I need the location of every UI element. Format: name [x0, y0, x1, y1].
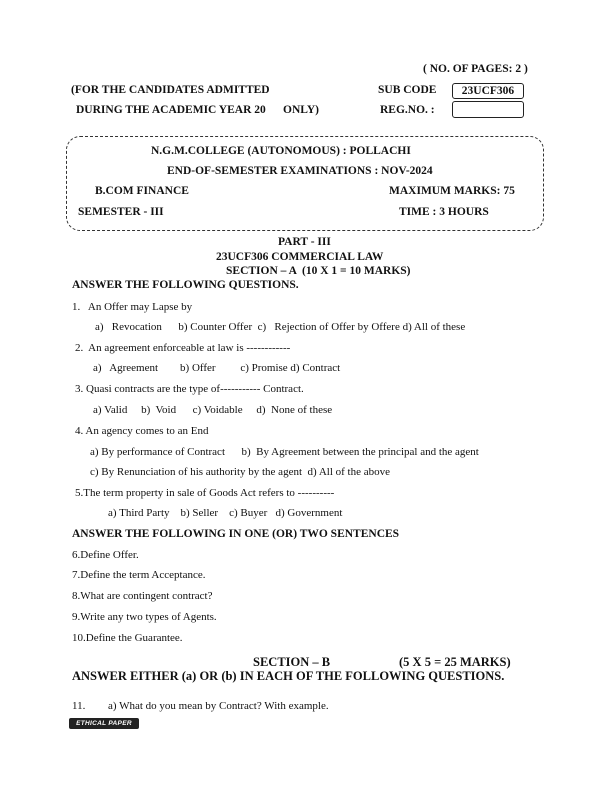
- short-answer-instruction: ANSWER THE FOLLOWING IN ONE (OR) TWO SEN…: [72, 528, 399, 540]
- question-9: 9.Write any two types of Agents.: [72, 611, 217, 623]
- question-11a: a) What do you mean by Contract? With ex…: [108, 700, 329, 712]
- section-b-marks: (5 X 5 = 25 MARKS): [399, 655, 511, 670]
- question-1: 1. An Offer may Lapse by: [72, 301, 192, 313]
- question-3: 3. Quasi contracts are the type of------…: [75, 383, 304, 395]
- question-4-options-cd: c) By Renunciation of his authority by t…: [90, 466, 390, 478]
- sub-code-label: SUB CODE: [378, 84, 436, 96]
- candidates-note-line2: DURING THE ACADEMIC YEAR 20 ONLY): [76, 104, 319, 116]
- section-b-instruction: ANSWER EITHER (a) OR (b) IN EACH OF THE …: [72, 669, 504, 684]
- exam-title: END-OF-SEMESTER EXAMINATIONS : NOV-2024: [167, 165, 433, 177]
- reg-no-label: REG.NO. :: [380, 104, 435, 116]
- duration: TIME : 3 HOURS: [399, 206, 489, 218]
- question-8: 8.What are contingent contract?: [72, 590, 213, 602]
- question-5: 5.The term property in sale of Goods Act…: [75, 487, 334, 499]
- question-4-options-ab: a) By performance of Contract b) By Agre…: [90, 446, 479, 458]
- question-11-number: 11.: [72, 700, 85, 712]
- subject-title: 23UCF306 COMMERCIAL LAW: [216, 251, 383, 263]
- question-10: 10.Define the Guarantee.: [72, 632, 183, 644]
- reg-no-field[interactable]: [452, 101, 524, 118]
- sub-code-box: 23UCF306: [452, 83, 524, 99]
- question-2: 2. An agreement enforceable at law is --…: [75, 342, 290, 354]
- ethical-paper-stamp: ETHICAL PAPER: [69, 718, 139, 729]
- max-marks: MAXIMUM MARKS: 75: [389, 185, 515, 197]
- question-7: 7.Define the term Acceptance.: [72, 569, 205, 581]
- section-b-title: SECTION – B: [253, 655, 330, 670]
- question-3-options: a) Valid b) Void c) Voidable d) None of …: [93, 404, 332, 416]
- question-4: 4. An agency comes to an End: [75, 425, 209, 437]
- section-a-title: SECTION – A (10 X 1 = 10 MARKS): [226, 265, 411, 277]
- section-a-instruction: ANSWER THE FOLLOWING QUESTIONS.: [72, 279, 299, 291]
- part-title: PART - III: [278, 236, 331, 248]
- page-count: ( NO. OF PAGES: 2 ): [423, 63, 528, 75]
- college-name: N.G.M.COLLEGE (AUTONOMOUS) : POLLACHI: [151, 145, 411, 157]
- candidates-note-line1: (FOR THE CANDIDATES ADMITTED: [71, 84, 270, 96]
- semester: SEMESTER - III: [78, 206, 164, 218]
- question-6: 6.Define Offer.: [72, 549, 139, 561]
- question-2-options: a) Agreement b) Offer c) Promise d) Cont…: [93, 362, 340, 374]
- course-name: B.COM FINANCE: [95, 185, 189, 197]
- question-5-options: a) Third Party b) Seller c) Buyer d) Gov…: [108, 507, 342, 519]
- question-1-options: a) Revocation b) Counter Offer c) Reject…: [95, 321, 465, 333]
